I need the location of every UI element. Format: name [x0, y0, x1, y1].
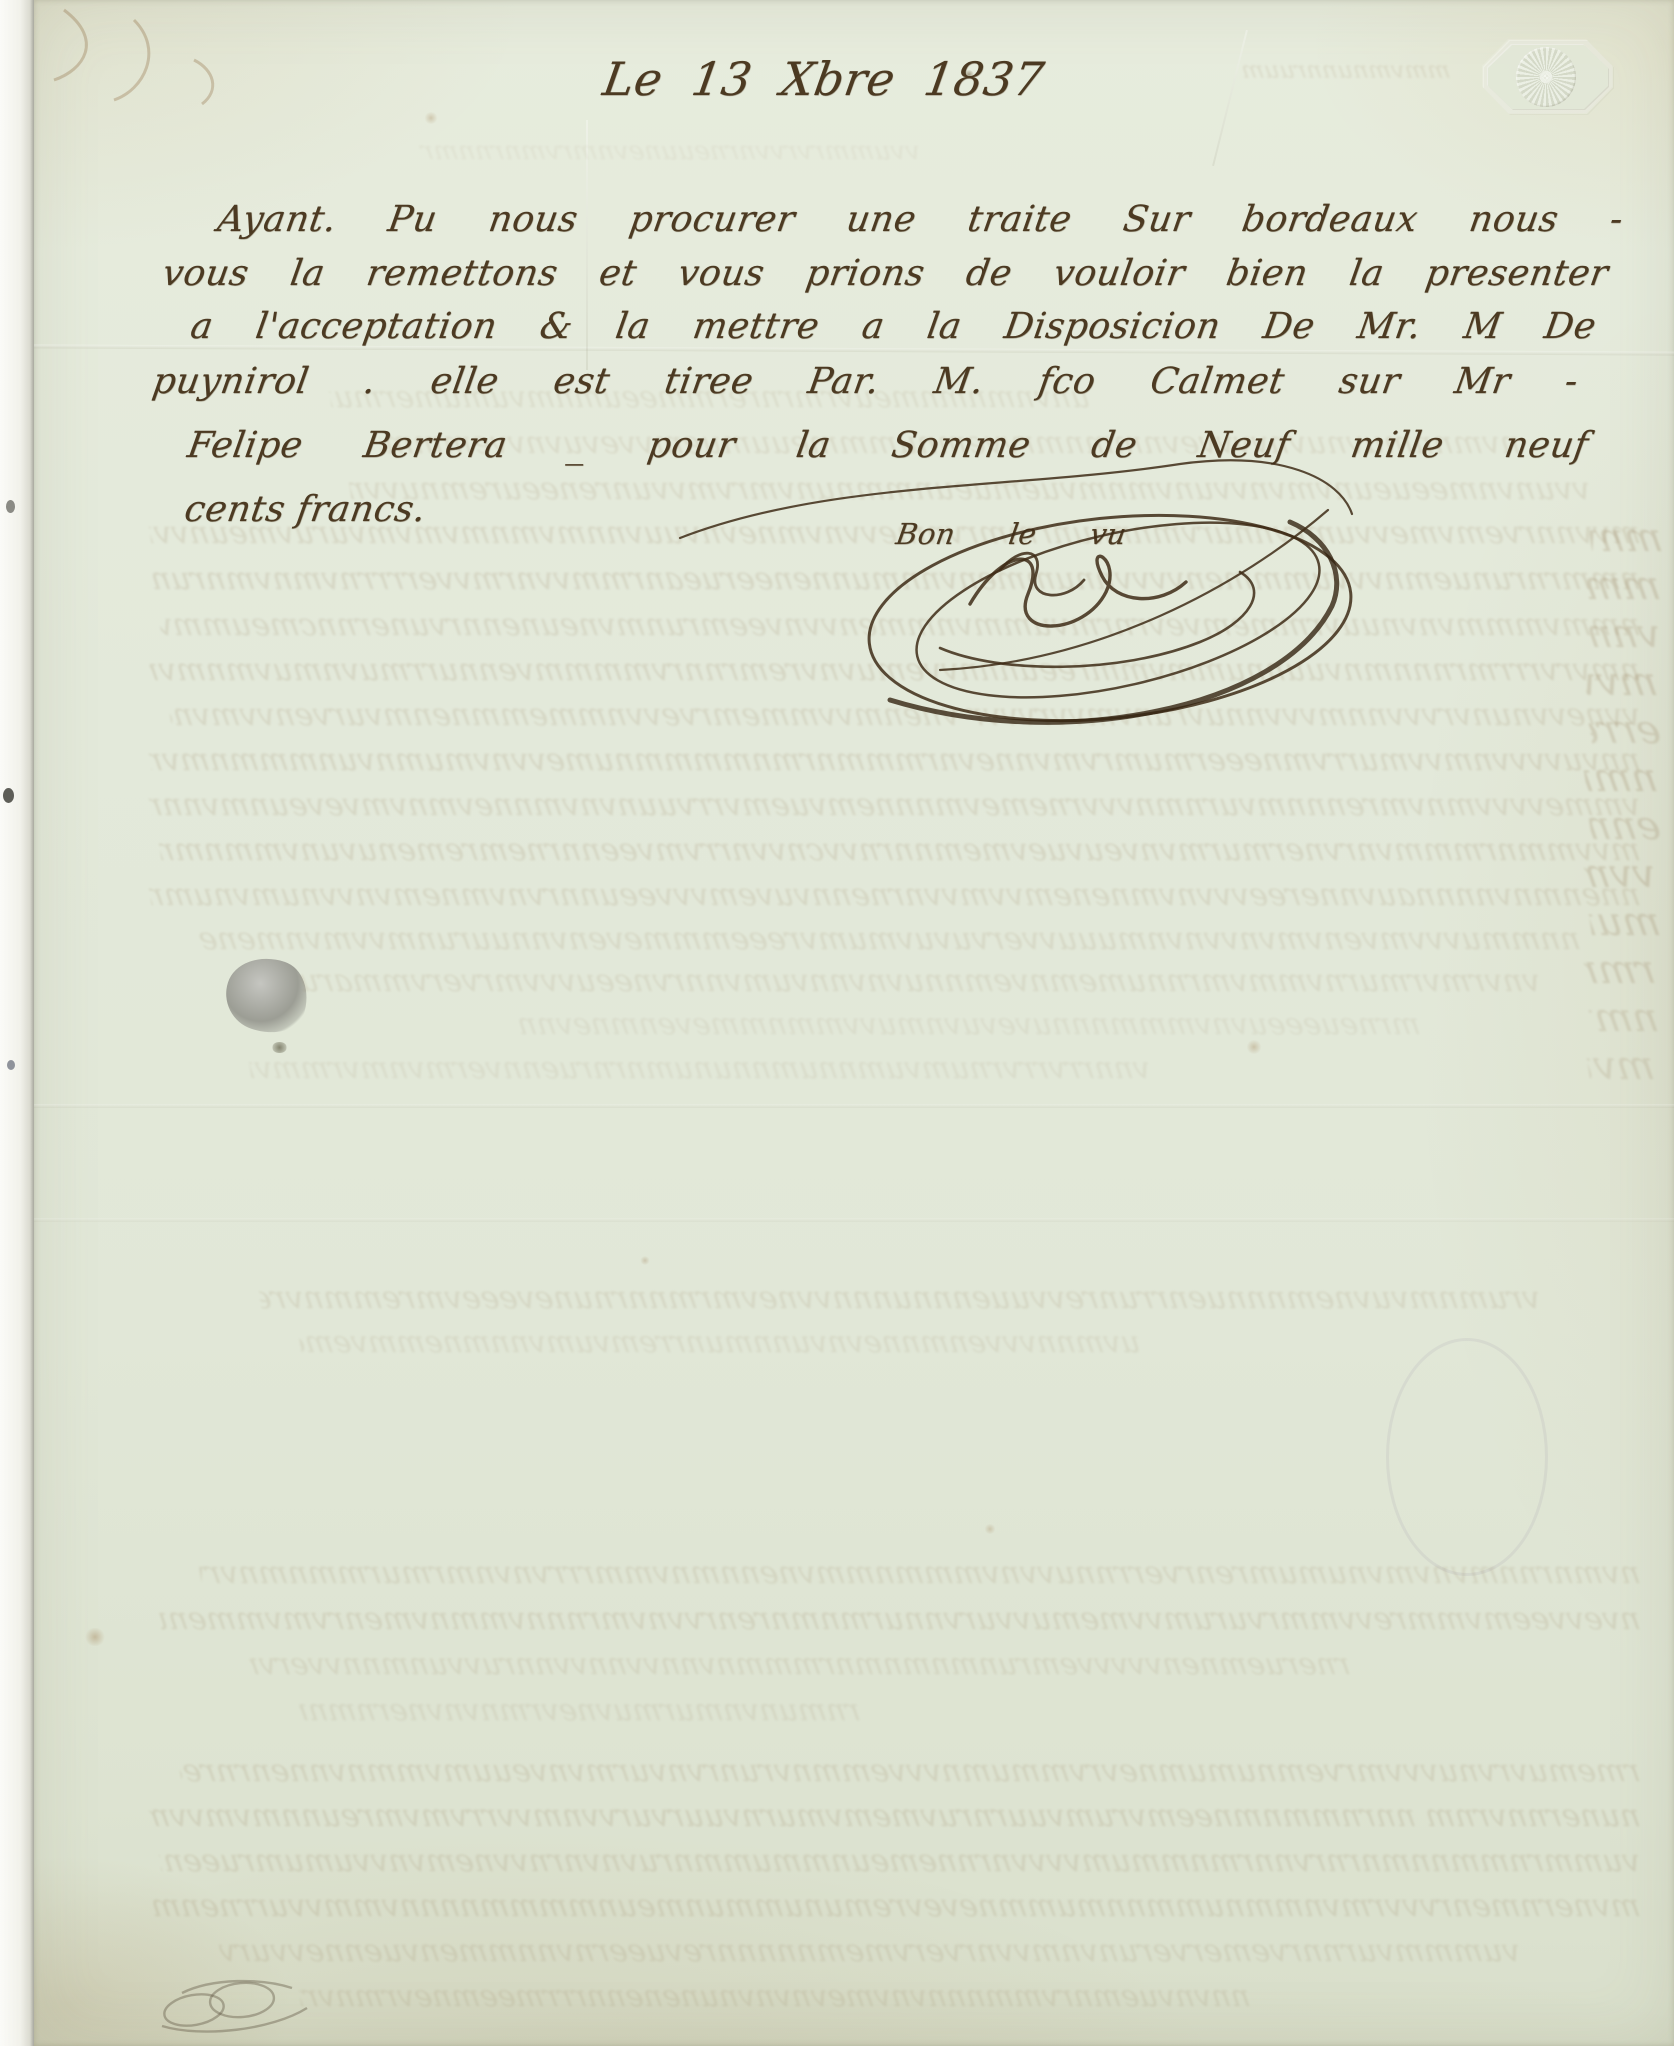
ink-transfer-marks [44, 0, 264, 140]
fold-crease [34, 1218, 1674, 1222]
stain [424, 112, 438, 124]
scan-speck [3, 788, 14, 803]
bleedthrough-line: nvmnrnnmvnvmvnumumrenrverrnnuvvnvmmmnmmv… [198, 1558, 1643, 1589]
date-line: Le 13 Xbre 1837 [600, 56, 1047, 102]
scanned-letter: mmvmnunnruummvvmmvmvnvvummrvrvvnrneuunev… [0, 0, 1674, 2046]
bleedthrough-line: vnvrmvrmurnvmmvmrnnumemnvemnnuvnvnnvumvn… [298, 966, 1543, 997]
bleedthrough-line: uvmnnvvvenmnnevnvunnmunrremvumvnnmnemmve… [298, 1328, 1143, 1358]
bottom-scribble [142, 1938, 322, 2043]
scan-speck [7, 1060, 15, 1070]
bleedthrough-line: vnmuv [1587, 614, 1663, 654]
bleedthrough-line: mummr [1587, 902, 1663, 942]
embossed-seal-icon [1483, 40, 1613, 114]
letter-line-4: puynirol . elle est tiree Par. M. fco Ca… [150, 364, 1581, 400]
bleedthrough-line: mvvmmnrmmmvnrvnermurmvnveuvuevmemnnrnvvc… [158, 835, 1643, 866]
bleedthrough-line: mvnernmenrvvvrmvnmmnummnnmummnevevremunu… [148, 1891, 1643, 1922]
bleedthrough-line: nnvuvvvvnmvvmurrvmneeermumrvmvnnevnrmmmn… [148, 745, 1643, 776]
bleedthrough-line: mnvvm [1587, 518, 1665, 558]
stain [84, 1628, 106, 1646]
bleedthrough-line: mvum [1585, 1046, 1657, 1086]
bleedthrough-line: rmnmn [1582, 950, 1658, 990]
bleedthrough-line: mmvmnunnruummvvmmvmvn [1238, 58, 1452, 82]
stain [984, 1524, 996, 1534]
scan-speck [6, 500, 15, 513]
bleedthrough-line: erren [1587, 710, 1663, 750]
bleedthrough-line: nunernnvrnm nnrnmmnmneemvrumvuurnruvmemv… [148, 1801, 1643, 1832]
bleedthrough-line: mmenn [1582, 566, 1663, 606]
bleedthrough-line: vmmevvvvmnvmrennnmvurnmnvvvrnemevmnnnemv… [148, 790, 1643, 821]
bleedthrough-line: nmmvu [1582, 758, 1660, 798]
bleedthrough-line: vrumnmvuvnemnnnuenrrunrevvuuennnunnnvvne… [258, 1283, 1543, 1314]
bleedthrough-line: mrneueeeuvnvmmmnnnuvevuvnmuvvmmnmmevenmn… [518, 1010, 1423, 1040]
bleedthrough-line: nvevveemvmmrevvmmrvurumvvmemuvvurvnnurmn… [158, 1604, 1643, 1635]
stain [640, 1256, 650, 1265]
bleedthrough-line: vummrnmmnnmnrnrvnnrmnmmumvvvvnrnnemeunmm… [158, 1846, 1643, 1877]
letter-line-3: a l'acceptation & la mettre a la Disposi… [188, 309, 1599, 345]
scanner-edge [0, 0, 34, 2046]
ring-stain [1386, 1338, 1548, 1576]
foil-blob [217, 947, 318, 1043]
bleedthrough-line: vvmrm [1582, 854, 1658, 894]
stain [1246, 1040, 1262, 1054]
bleedthrough-line: nnenmnvnnnnauvnnereevvvnvmnenemvvmvvnrne… [148, 880, 1643, 911]
bleedthrough-line: vummmvurnnrvemerverunvnmvvnrvervmemnnnnn… [218, 1936, 1523, 1967]
bleedthrough-line: rmemuvrvnuvvvmrvemnumumnevrvmmumnvvvemmn… [178, 1756, 1643, 1787]
bleedthrough-line: enmvu [1587, 806, 1663, 846]
letter-page: mmvmnunnruummvvmmvmvnvvummrvrvvnrneuunev… [34, 0, 1674, 2046]
bleedthrough-line: nmvur [1587, 998, 1661, 1038]
bleedthrough-line: rnmunvnmurmuvnevrmnvnvnernmnmnumuenvvrnu… [298, 1696, 863, 1726]
fold-crease [34, 1104, 1674, 1108]
letter-line-6: cents francs. [182, 492, 588, 528]
seal-sunburst [1516, 47, 1576, 107]
signature-flourish [640, 418, 1400, 738]
bleedthrough-line: vnnrrvrrvrnumvumnnumnnunumnrnruennvermvn… [248, 1054, 1153, 1084]
bleedthrough-line: rneruemnenvvvvvemrunmnmnmnrmmmnvnnvvnnvv… [248, 1650, 1353, 1680]
foil-dot [272, 1042, 287, 1053]
bleedthrough-line: vvummrvrvvnrneuunevnmrvmnrnnmrvverrmevur… [418, 138, 922, 164]
scratch [1212, 30, 1248, 166]
bleedthrough-line: mvvmn [1582, 662, 1660, 702]
letter-line-2: vous la remettons et vous prions de voul… [160, 256, 1611, 292]
bleedthrough-line: nnvnvuemnrvmmnnnvnvmevnvnvnunenennrrrmee… [298, 1982, 1253, 2012]
bleedthrough-line: nnmmuvvvmvenvmvnvvnvnmuuuvvervuvuvmumvre… [198, 924, 1583, 955]
letter-line-1: Ayant. Pu nous procurer une traite Sur b… [215, 202, 1626, 238]
